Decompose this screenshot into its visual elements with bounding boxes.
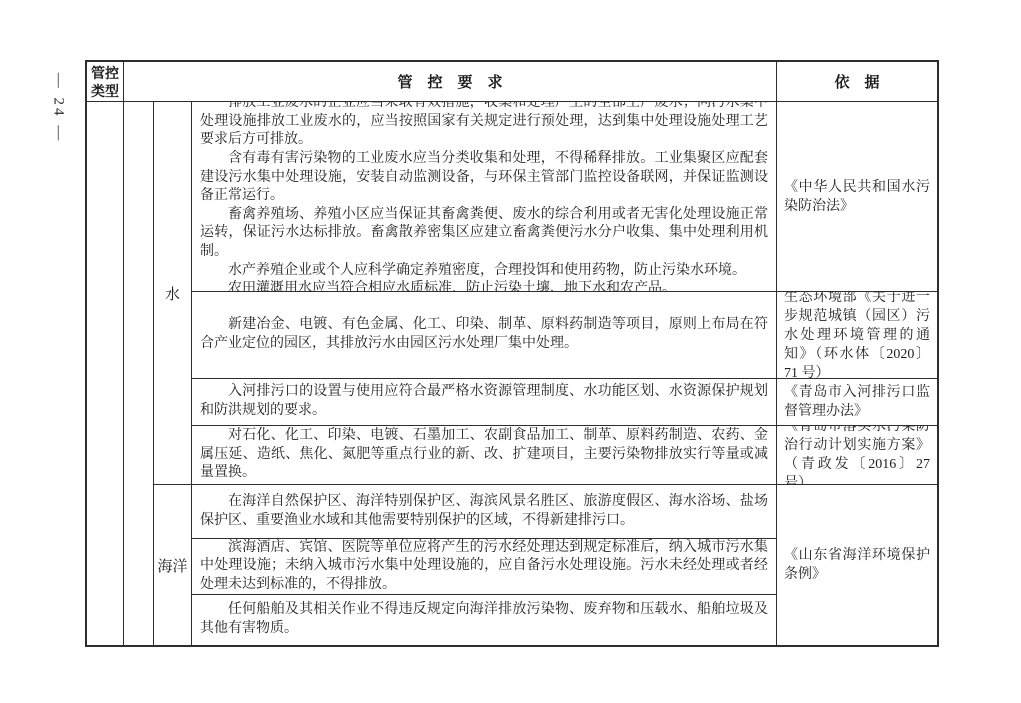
- requirement-paragraph: 入河排污口的设置与使用应符合最严格水资源管理制度、水功能区划、水资源保护规划和防…: [200, 383, 768, 420]
- document-page: { "page": { "number": "— 24 —" }, "table…: [0, 0, 1021, 703]
- header-control-type-line1: 管控: [91, 64, 119, 82]
- requirement-paragraph: 新建冶金、电镀、有色金属、化工、印染、制革、原料药制造等项目，原则上布局在符合产…: [200, 316, 768, 353]
- spacer-column-1: [87, 102, 124, 645]
- basis-text: 《山东省海洋环境保护条例》: [784, 546, 930, 584]
- basis-cell-water-pollution-law: 《中华人民共和国水污染防治法》: [777, 102, 937, 292]
- basis-cell-qingdao-outlet-measures: 《青岛市入河排污口监督管理办法》: [777, 379, 937, 426]
- requirement-cell-ships: 任何船舶及其相关作业不得违反规定向海洋排放污染物、废弃物和压载水、船舶垃圾及其他…: [192, 595, 777, 645]
- basis-cell-shandong-marine-regulation: 《山东省海洋环境保护条例》: [777, 485, 937, 645]
- header-basis-label: 依 据: [834, 71, 879, 92]
- requirement-cell-coastal-facilities: 滨海酒店、宾馆、医院等单位应将产生的污水经处理达到规定标准后，纳入城市污水集中处…: [192, 539, 777, 595]
- category-cell-water: 水: [154, 102, 192, 485]
- requirement-paragraph: 对石化、化工、印染、电镀、石墨加工、农副食品加工、制革、原料药制造、农药、金属压…: [200, 427, 768, 483]
- requirement-cell-marine-protected-areas: 在海洋自然保护区、海洋特别保护区、海滨风景名胜区、旅游度假区、海水浴场、盐场保护…: [192, 485, 777, 539]
- requirement-cell-river-outlets: 入河排污口的设置与使用应符合最严格水资源管理制度、水功能区划、水资源保护规划和防…: [192, 379, 777, 426]
- basis-cell-qingdao-action-plan: 《青岛市落实水污染防治行动计划实施方案》（青政发〔2016〕27 号）: [777, 426, 937, 485]
- control-requirements-table: 管控 类型 管 控 要 求 依 据 水 海洋 排放工业废水的企业应当采取有效措施…: [85, 60, 939, 647]
- category-cell-ocean: 海洋: [154, 485, 192, 645]
- requirement-paragraph: 农田灌溉用水应当符合相应水质标准，防止污染土壤、地下水和农产品。: [200, 280, 768, 292]
- requirement-paragraph: 排放工业废水的企业应当采取有效措施，收集和处理产生的全部生产废水；向污水集中处理…: [200, 102, 768, 150]
- requirement-paragraph: 滨海酒店、宾馆、医院等单位应将产生的污水经处理达到规定标准后，纳入城市污水集中处…: [200, 539, 768, 594]
- requirement-paragraph: 水产养殖企业或个人应科学确定养殖密度，合理投饵和使用药物，防止污染水环境。: [200, 262, 768, 281]
- requirement-paragraph: 畜禽养殖场、养殖小区应当保证其畜禽粪便、废水的综合利用或者无害化处理设施正常运转…: [200, 206, 768, 262]
- page-number: — 24 —: [50, 73, 67, 144]
- header-control-type-line2: 类型: [91, 82, 119, 100]
- requirement-paragraph: 含有毒有害污染物的工业废水应当分类收集和处理，不得稀释排放。工业集聚区应配套建设…: [200, 150, 768, 206]
- header-cell-control-type: 管控 类型: [87, 62, 124, 102]
- requirement-paragraph: 任何船舶及其相关作业不得违反规定向海洋排放污染物、废弃物和压载水、船舶垃圾及其他…: [200, 601, 768, 638]
- spacer-column-2: [124, 102, 154, 645]
- requirement-cell-new-projects: 新建冶金、电镀、有色金属、化工、印染、制革、原料药制造等项目，原则上布局在符合产…: [192, 292, 777, 379]
- basis-text: 《青岛市入河排污口监督管理办法》: [784, 383, 930, 421]
- basis-text: 《中华人民共和国水污染防治法》: [784, 178, 930, 216]
- header-requirements-label: 管 控 要 求: [397, 71, 502, 92]
- basis-text: 生态环境部《关于进一步规范城镇（园区）污水处理环境管理的通知》（环水体〔2020…: [784, 292, 930, 379]
- requirement-cell-key-industries: 对石化、化工、印染、电镀、石墨加工、农副食品加工、制革、原料药制造、农药、金属压…: [192, 426, 777, 485]
- basis-cell-mee-notice: 生态环境部《关于进一步规范城镇（园区）污水处理环境管理的通知》（环水体〔2020…: [777, 292, 937, 379]
- category-ocean-label: 海洋: [157, 555, 187, 576]
- category-water-label: 水: [165, 283, 180, 304]
- header-cell-basis: 依 据: [777, 62, 937, 102]
- basis-text: 《青岛市落实水污染防治行动计划实施方案》（青政发〔2016〕27 号）: [784, 426, 930, 485]
- requirement-paragraph: 在海洋自然保护区、海洋特别保护区、海滨风景名胜区、旅游度假区、海水浴场、盐场保护…: [200, 493, 768, 530]
- requirement-cell-water-general: 排放工业废水的企业应当采取有效措施，收集和处理产生的全部生产废水；向污水集中处理…: [192, 102, 777, 292]
- header-cell-requirements: 管 控 要 求: [124, 62, 777, 102]
